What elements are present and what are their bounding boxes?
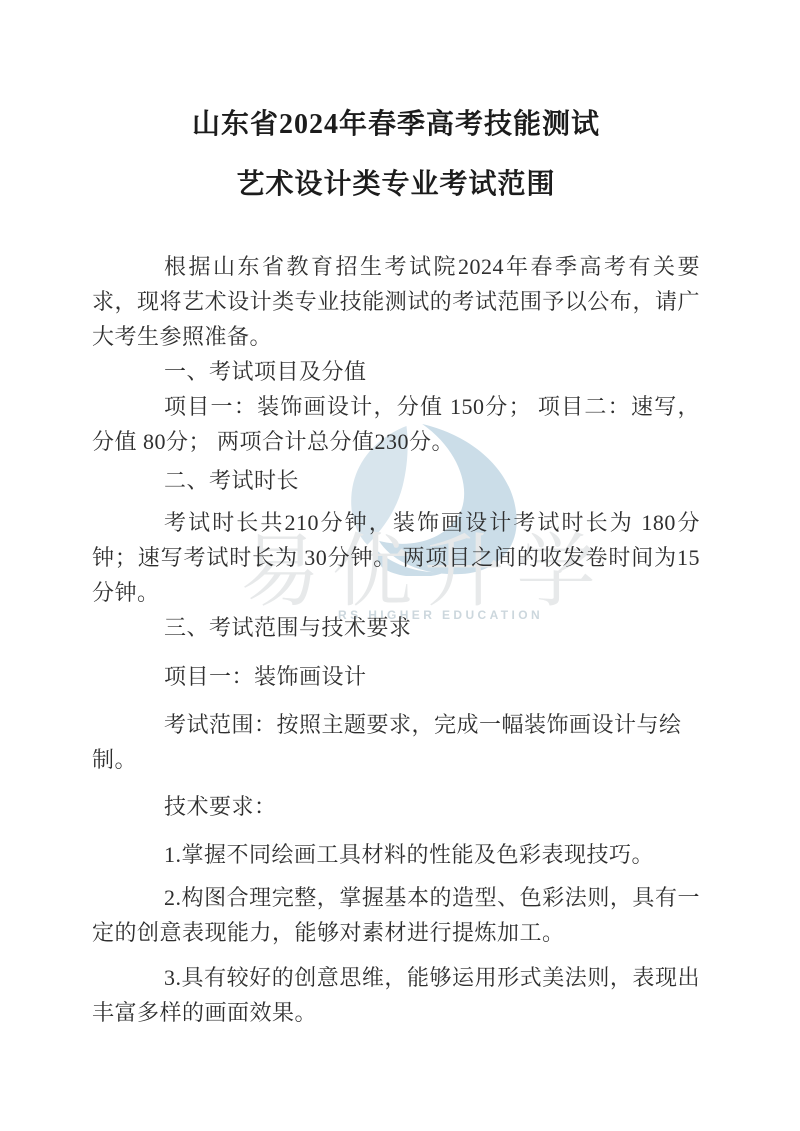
exam-scope: 考试范围：按照主题要求，完成一幅装饰画设计与绘制。 <box>92 707 700 777</box>
requirement-2: 2.构图合理完整，掌握基本的造型、色彩法则，具有一定的创意表现能力，能够对素材进… <box>92 880 700 950</box>
project1-heading: 项目一：装饰画设计 <box>92 659 700 694</box>
section2-heading: 二、考试时长 <box>92 463 700 498</box>
section2-body: 考试时长共210分钟，装饰画设计考试时长为 180分钟；速写考试时长为 30分钟… <box>92 505 700 610</box>
section3-heading: 三、考试范围与技术要求 <box>92 610 700 645</box>
document-content: 山东省2024年春季高考技能测试 艺术设计类专业考试范围 根据山东省教育招生考试… <box>0 0 800 1030</box>
tech-requirements-label: 技术要求： <box>92 789 700 824</box>
section1-body: 项目一：装饰画设计，分值 150分； 项目二：速写，分值 80分； 两项合计总分… <box>92 389 700 459</box>
requirement-1: 1.掌握不同绘画工具材料的性能及色彩表现技巧。 <box>92 837 700 872</box>
document-page: 易优升学 RS HIGHER EDUCATION 山东省2024年春季高考技能测… <box>0 0 800 1131</box>
requirement-3: 3.具有较好的创意思维，能够运用形式美法则，表现出丰富多样的画面效果。 <box>92 960 700 1030</box>
intro-paragraph: 根据山东省教育招生考试院2024年春季高考有关要求，现将艺术设计类专业技能测试的… <box>92 249 700 354</box>
document-title-line2: 艺术设计类专业考试范围 <box>92 162 700 208</box>
section1-heading: 一、考试项目及分值 <box>92 354 700 389</box>
document-title-line1: 山东省2024年春季高考技能测试 <box>92 0 700 148</box>
